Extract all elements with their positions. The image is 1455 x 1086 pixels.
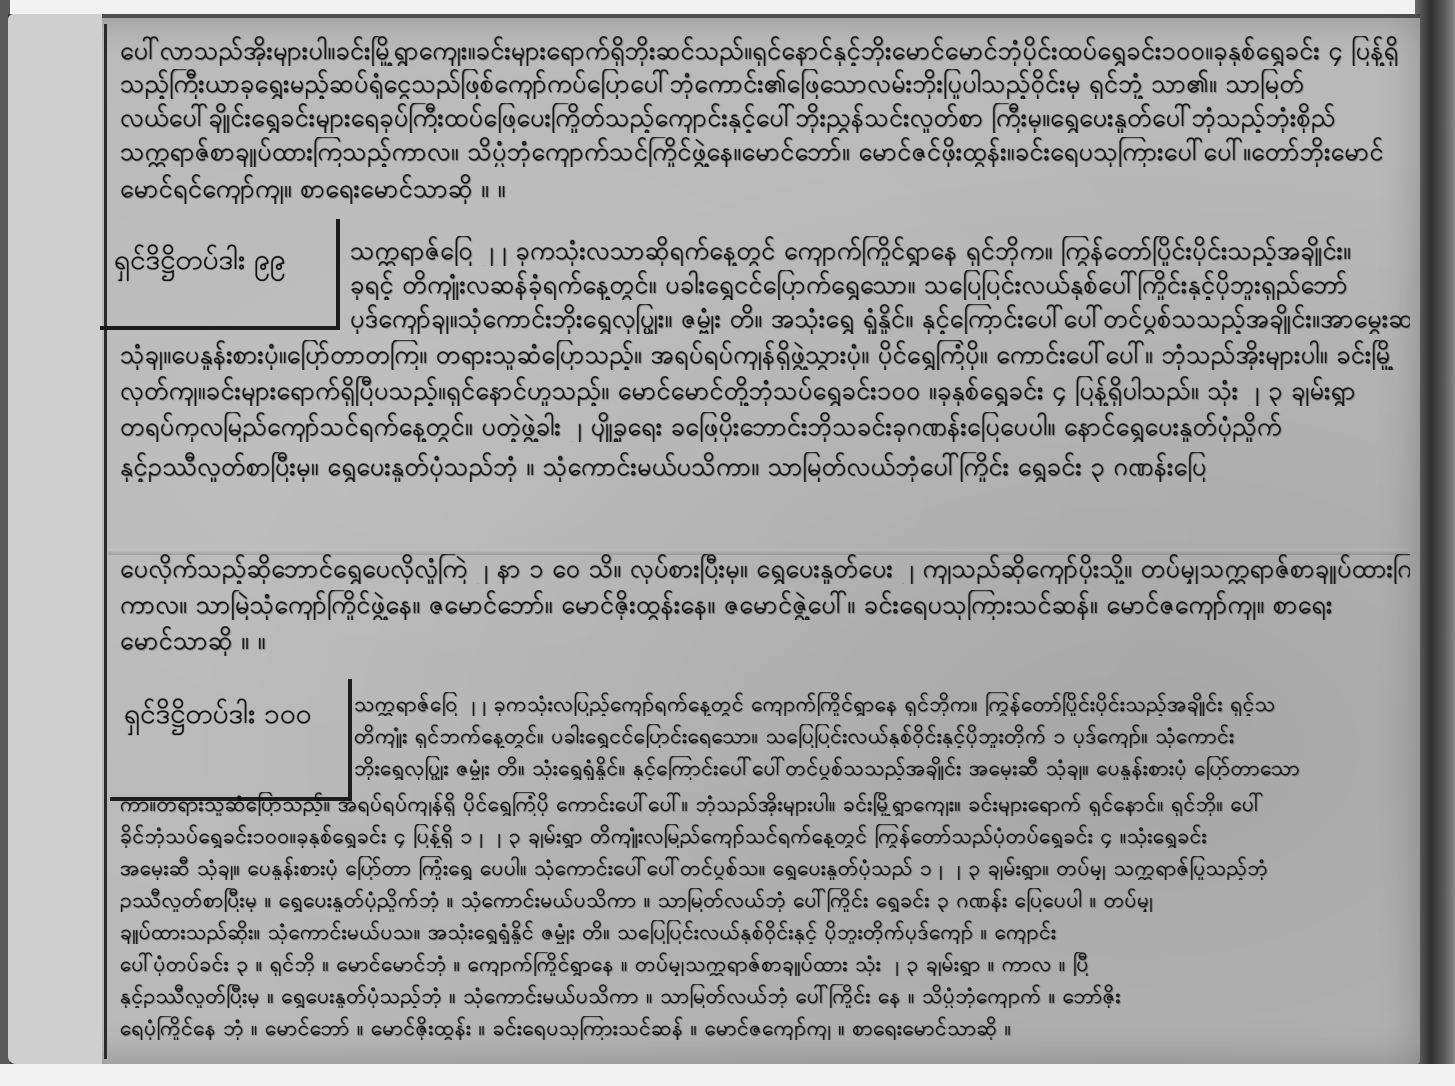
section-heading-99: ရှင်ဒိဋ္ဌိတပ်ဒါး ၉၉ — [114, 241, 286, 283]
text-line: လယ်ပေါ်ချိုင်းရွှေခင်းများရေခုပ်ကြီးထပ်ဖ… — [120, 103, 1410, 133]
text-line: ရေပုံကြိုင်နေ ဘုံ ။ မောင်ဘော် ။ မောင်ဇို… — [120, 1016, 1240, 1040]
manuscript-page: ပေါ်လာသည်အိုးများပါ။ခင်းမြို့ရွာကျေး။ခင်… — [8, 14, 1420, 1064]
text-line: လုတ်ကျ။ခင်းများရောက်ရှိပြီပသည့်။ရှင်နောင… — [120, 376, 1410, 406]
text-line: ကာလ။ သာမြဲသုံကျော်ကြိုင်ဖွဲ့နေ။ ဇမောင်ဘေ… — [120, 590, 1410, 620]
text-line: ချုပ်ထားသည်ဆိုး။ သုံကောင်းမယ်ပသ။ အသုံးရွ… — [120, 920, 1410, 944]
section-heading-box-99: ရှင်ဒိဋ္ဌိတပ်ဒါး ၉၉ — [100, 219, 340, 330]
text-line: သုံချ။ပေနှုန်းစားပုံ။ပြော်တာတကြ။ တရားသူဆ… — [120, 340, 1410, 370]
text-line: မောင်ရင်ကျော်ကျ။ စာရေးမောင်သာဆို ။ ။ — [120, 174, 720, 204]
text-line: နှင့်ဥဿီလှုတ်စာပြီးမှ။ ရွှေပေးနှုတ်ပုံသည… — [120, 452, 1410, 482]
text-line: ခုရင့် တိကျုံးလဆန်ခုံရက်နေ့တွင်။ ပခါးရွှ… — [350, 270, 1410, 300]
photo-background-right — [1415, 0, 1455, 1086]
text-line: တိကျုံး ရှင်ဘက်နေ့တွင်။ ပခါးရွှေငင်ပြောင… — [354, 724, 1410, 748]
text-line: ပေါ်လာသည်အိုးများပါ။ခင်းမြို့ရွာကျေး။ခင်… — [120, 36, 1410, 66]
text-line: ပေလိုက်သည့်ဆိုဘောင်ရွှေပေလိုလှုံကြဲ ၂ နာ… — [120, 554, 1410, 584]
text-line: တရပ်ကုလမြည်ကျော်သင်ရက်နေ့တွင်။ ပတဲ့ဖွဲ့ခ… — [120, 412, 1410, 442]
section-heading-box-100: ရှင်ဒိဋ္ဌိတပ်ဒါး ၁၀၀ — [110, 679, 352, 801]
text-line: ကာ။တရားသူဆံပြောသည့်။ အရပ်ရပ်ကျန်ရှိ ပိုင… — [120, 792, 1410, 816]
section-heading-100: ရှင်ဒိဋ္ဌိတပ်ဒါး ၁၀၀ — [124, 695, 311, 737]
text-line: ပုဒ်ကျော်ချ။သုံကောင်းဘိုးရွှေလုပ္ပြုး။ ဇ… — [350, 304, 1410, 334]
text-line: နှင့်ဥဿီလှုတ်ပြီးမှ ။ ရွှေပေးနှုတ်ပုံသည့… — [120, 984, 1410, 1008]
text-line: ခိုင်ဘုံသပ်ရွှေခင်း၁၀၀။ခုနှစ်ရွှေခင်း ၄ … — [120, 824, 1410, 848]
text-line: ဘိုးရွှေလုပ္ပြုး ဇမ္ဗုံး တိ။ သုံးရွှေရှု… — [354, 756, 1410, 780]
text-line: မောင်သာဆို ။ ။ — [120, 626, 520, 656]
text-line: သက္ကရာဇ်ဝြေ ၂၂ ခုကသုံးလပြည့်ကျော်ရက်နေ့တ… — [354, 692, 1410, 716]
text-line: အမှေးဆီ သုံချ။ ပေနှုန်းစားပုံ ပြော်တာ ကြ… — [120, 856, 1410, 880]
text-line: သက္ကရာဇ်စာချုပ်ထားကြသည့်ကာလ။ သိပ္ပံဘုံကျ… — [120, 137, 1410, 167]
margin-rule — [104, 24, 107, 1059]
text-line: ဥဿီလှုတ်စာပြီးမှ ။ ရွှေပေးနှုတ်ပုံညှိုက်… — [120, 888, 1410, 912]
text-line: သည့်ကြီးယာခုရွှေးမည့်ဆပ်ရုံငွေသည်ဖြစ်ကျေ… — [120, 69, 1410, 99]
text-line: ပေါ်ပုံတပ်ခင်း ၃ ။ ရှင်ဘို ။ မောင်မောင်ဘ… — [120, 952, 1410, 976]
text-line: သက္ကရာဇ်ဝြေ ၂၂ ခုကသုံးလသာဆိုရက်နေ့တွင် က… — [350, 236, 1410, 266]
page-top-edge — [8, 14, 1420, 18]
left-margin-band — [8, 14, 102, 1064]
photo-background-bottom — [0, 1064, 1455, 1086]
